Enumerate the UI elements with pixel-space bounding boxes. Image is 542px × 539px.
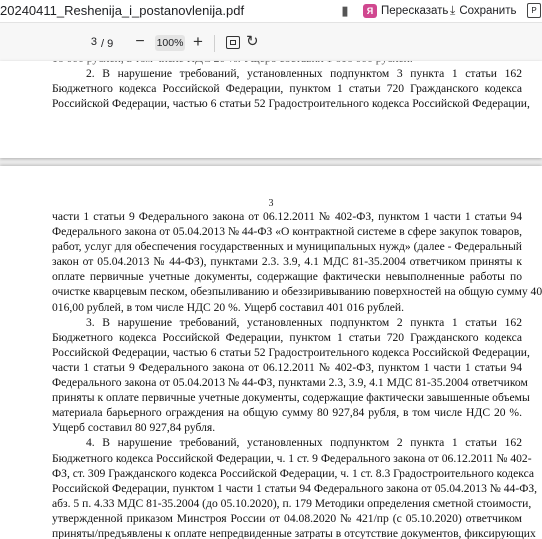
text-line: Ущерб составил 80 927,84 рубля. <box>52 420 522 435</box>
browser-pdf-topbar: 20240411_Reshenija_i_postanovlenija.pdf … <box>0 0 542 23</box>
text-line: 3. В нарушение требований, установленных… <box>52 315 522 330</box>
text-line: Российской Федерации, пунктом 1 части 1 … <box>52 481 522 496</box>
text-line: ФЗ, ст. 309 Гражданского кодекса Российс… <box>52 466 522 481</box>
rotate-icon[interactable]: ↻ <box>246 32 259 50</box>
save-button[interactable]: ⤓ Сохранить <box>450 0 516 21</box>
text-line: Российской Федерации, частью 6 статьи 52… <box>52 96 522 111</box>
pdf-toolbar: 3 / 9 − 100% + ↻ <box>0 23 542 61</box>
file-name: 20240411_Reshenija_i_postanovlenija.pdf <box>0 3 244 18</box>
text-line: утвержденной приказом Минстроя России от… <box>52 511 522 526</box>
text-line: очистке кварцевым песком, обезпыливанию … <box>52 284 522 299</box>
pdf-page-2: 16 000 рублей, в том числе НДС 20 %. Уще… <box>0 61 542 158</box>
text-line: Федерального закона от 05.04.2013 № 44-Ф… <box>52 375 522 390</box>
print-icon: Р <box>527 3 541 18</box>
total-pages: / 9 <box>101 38 113 50</box>
text-line: 2. В нарушение требований, установленных… <box>52 66 522 81</box>
text-line: 016,00 рублей, в том числе НДС 20 %. Уще… <box>52 300 522 315</box>
text-line: приняты/предъявлены к оплате непредвиден… <box>52 526 522 539</box>
text-line: приняты к оплате первичные учетные докум… <box>52 390 522 405</box>
page-indicator: 3 / 9 <box>78 35 113 53</box>
print-button[interactable]: Р <box>527 0 541 21</box>
ai-retell-icon: Я <box>363 4 377 18</box>
text-line: Бюджетного кодекса Российской Федерации,… <box>52 330 522 345</box>
text-line: 4. В нарушение требований, установленных… <box>52 435 522 450</box>
text-line: Российской Федерации, частью 6 статьи 52… <box>52 345 522 360</box>
pdf-page-3: 3 части 1 статьи 9 Федерального закона о… <box>0 166 542 539</box>
zoom-level-input[interactable]: 100% <box>155 35 185 51</box>
text-line: части 1 статьи 9 Федерального закона от … <box>52 360 522 375</box>
text-line: Бюджетного кодекса Российской Федерации,… <box>52 81 522 96</box>
text-line: части 1 статьи 9 Федерального закона от … <box>52 209 522 224</box>
zoom-out-button[interactable]: − <box>133 33 147 51</box>
text-line: Федерального закона от 05.04.2013 № 44-Ф… <box>52 224 522 239</box>
page-2-text: 16 000 рублей, в том числе НДС 20 %. Уще… <box>52 61 522 111</box>
text-line: Бюджетного кодекса Российской Федерации,… <box>52 451 522 466</box>
save-label: Сохранить <box>459 5 516 17</box>
page-3-text: части 1 статьи 9 Федерального закона от … <box>52 209 522 539</box>
bookmark-icon[interactable]: ▮ <box>338 3 352 19</box>
text-line: оплате первичные учетные документы, соде… <box>52 269 522 284</box>
retell-button[interactable]: Я Пересказать <box>363 0 448 21</box>
fit-page-icon[interactable] <box>226 36 240 49</box>
download-icon: ⤓ <box>450 3 455 18</box>
retell-label: Пересказать <box>381 5 448 17</box>
text-line: материала барьерного ограждения на общую… <box>52 405 522 420</box>
text-line: работ, услуг для обеспечения государстве… <box>52 239 522 254</box>
toolbar-divider <box>214 35 215 52</box>
zoom-in-button[interactable]: + <box>191 32 205 52</box>
text-line: закон от 05.04.2013 № 44-ФЗ), пунктами 2… <box>52 254 522 269</box>
page-number: 3 <box>0 198 542 209</box>
current-page-input[interactable]: 3 <box>78 35 98 53</box>
text-line: абз. 5 п. 4.33 МДС 81-35.2004 (до 05.10.… <box>52 496 522 511</box>
